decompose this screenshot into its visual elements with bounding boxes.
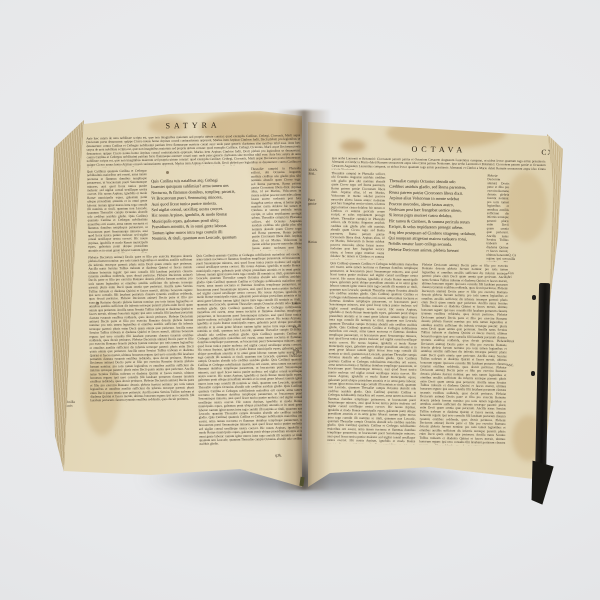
commentary-text: Plebeiæ Deciorum animæ) Deciis patre et … xyxy=(88,254,194,402)
headnote-text: Ante hæc satyra de uera nobilitate scrip… xyxy=(86,133,300,167)
commentary-column: Thessaliæ campis) in Pharsalia scilicet,… xyxy=(330,171,385,260)
running-title-right: OCTAVA xyxy=(332,143,546,155)
photo-background: SATYRA Ante hæc satyra de uera nobilitat… xyxy=(0,0,600,600)
running-title-left: SATYRA xyxy=(86,119,300,131)
clasp-pin xyxy=(531,371,535,376)
headnote-block: Ante hæc satyra de uera nobilitate scrip… xyxy=(86,133,300,167)
commentary-text: Quis Catilina) quamuis Catilina et Cethe… xyxy=(87,169,148,254)
headnote-text: ipsa uerba Laurentii et Britannici: Cice… xyxy=(332,156,546,172)
margin-note: Q. Ca milla xyxy=(508,253,533,261)
right-page-content: OCTAVA CX ipsa uerba Laurentii et Britan… xyxy=(327,140,546,455)
upper-text-row: Thessaliæ campis) in Pharsalia scilicet,… xyxy=(330,171,545,262)
commentary-text: Plebeiæ Deciorum animæ) Deciis patre et … xyxy=(486,174,509,262)
commentary-column: Plebeiæ Deciorum animæ) Deciis patre et … xyxy=(486,174,509,262)
commentary-column: Quis Catilina) quamuis Catilina et Cethe… xyxy=(87,169,148,254)
commentary-column: Plebeiæ Deciorum animæ) Deciis patre et … xyxy=(88,254,195,452)
verse-block-left: Quis Catilina tuis natalibus atq; Cetheg… xyxy=(151,167,248,252)
verse-text-right: Thessaliæ campis Octauius abstulit udo C… xyxy=(388,178,483,254)
verse-text-left: Quis Catilina tuis natalibus atq; Cetheg… xyxy=(151,177,248,241)
left-page-content: SATYRA Ante hæc satyra de uera nobilitat… xyxy=(86,116,305,455)
commentary-text: Plebeiæ Deciorum animæ) Deciis patre et … xyxy=(419,263,508,446)
commentary-text: Thessaliæ campis) in Pharsalia scilicet,… xyxy=(330,171,385,260)
margin-note: ASC. xyxy=(506,363,531,367)
lower-text-row: Quis Catilina) quamuis Catilina et Cethe… xyxy=(327,261,508,446)
lower-text-row: Plebeiæ Deciorum animæ) Deciis patre et … xyxy=(88,252,305,451)
clasp-pin xyxy=(532,295,536,300)
commentary-text: Quis Catilina) quamuis Catilina et Cethe… xyxy=(327,261,418,444)
verse-block-right: Thessaliæ campis Octauius abstulit udo C… xyxy=(388,172,483,261)
upper-text-row: Quis Catilina) quamuis Catilina et Cethe… xyxy=(87,166,302,253)
margin-note: Vexilla uncis xyxy=(65,400,90,408)
commentary-column: Plebeiæ Deciorum animæ) Deciis patre et … xyxy=(419,263,508,446)
gutter-shadow xyxy=(277,110,331,490)
margin-note: Cim bri xyxy=(508,271,533,279)
commentary-column: Quis Catilina) quamuis Catilina et Cethe… xyxy=(327,261,418,444)
margin-note: Drusi xyxy=(507,339,532,343)
headnote-block: ipsa uerba Laurentii et Britannici: Cice… xyxy=(332,156,546,172)
